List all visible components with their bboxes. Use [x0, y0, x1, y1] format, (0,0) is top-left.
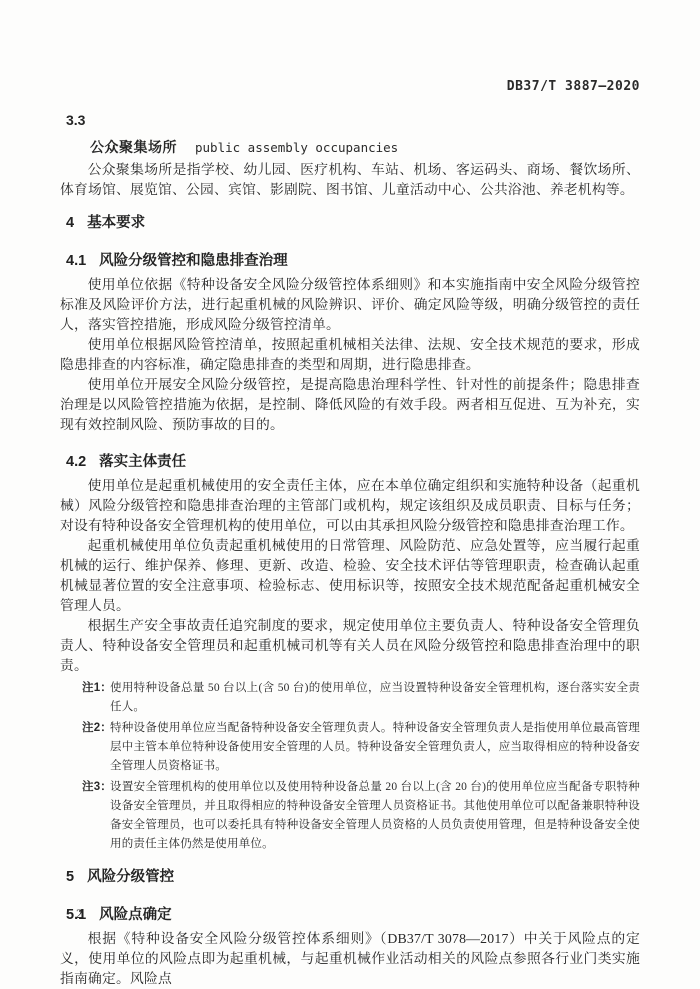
paragraph: 起重机械使用单位负责起重机械使用的日常管理、风险防范、应急处置等，应当履行起重机…: [60, 536, 640, 616]
term-english: public assembly occupancies: [195, 140, 398, 155]
section-title: 风险点确定: [99, 907, 172, 923]
note-item: 注1：使用特种设备总量 50 台以上(含 50 台)的使用单位，应当设置特种设备…: [60, 679, 640, 717]
section-4-2-body: 使用单位是起重机械使用的安全责任主体，应在本单位确定组织和实施特种设备（起重机械…: [60, 476, 640, 676]
section-5-1-body: 根据《特种设备安全风险分级管控体系细则》（DB37/T 3078—2017）中关…: [60, 929, 640, 989]
section-4-1-heading: 4.1风险分级管控和隐患排查治理: [60, 252, 640, 270]
page-number: 2: [76, 906, 83, 922]
note-text: 使用特种设备总量 50 台以上(含 50 台)的使用单位，应当设置特种设备安全管…: [110, 682, 640, 713]
note-label: 注2：: [82, 719, 112, 738]
document-page: DB37/T 3887—2020 3.3 公众聚集场所 public assem…: [0, 0, 700, 989]
term-chinese: 公众聚集场所: [90, 139, 177, 155]
section-4-1-body: 使用单位依据《特种设备安全风险分级管控体系细则》和本实施指南中安全风险分级管控标…: [60, 275, 640, 435]
note-label: 注1：: [82, 679, 112, 698]
section-number: 4.1: [66, 252, 86, 270]
paragraph: 根据生产安全事故责任追究制度的要求，规定使用单位主要负责人、特种设备安全管理负责…: [60, 616, 640, 676]
chapter-title: 基本要求: [87, 215, 145, 231]
section-number: 4.2: [66, 453, 86, 471]
note-text: 设置安全管理机构的使用单位以及使用特种设备总量 20 台以上(含 20 台)的使…: [110, 781, 640, 850]
paragraph: 使用单位开展安全风险分级管控，是提高隐患治理科学性、针对性的前提条件；隐患排查治…: [60, 375, 640, 435]
chapter-4-heading: 4基本要求: [60, 214, 640, 232]
term-heading: 公众聚集场所 public assembly occupancies: [60, 139, 640, 156]
term-clause-number: 3.3: [60, 112, 640, 128]
note-text: 特种设备使用单位应当配备特种设备安全管理负责人。特种设备安全管理负责人是指使用单…: [110, 722, 640, 772]
paragraph: 使用单位依据《特种设备安全风险分级管控体系细则》和本实施指南中安全风险分级管控标…: [60, 275, 640, 335]
note-label: 注3：: [82, 778, 112, 797]
section-title: 风险分级管控和隐患排查治理: [99, 253, 288, 269]
section-title: 落实主体责任: [99, 454, 186, 470]
paragraph: 使用单位根据风险管控清单，按照起重机械相关法律、法规、安全技术规范的要求，形成隐…: [60, 335, 640, 375]
chapter-number: 5: [66, 868, 74, 886]
section-4-2-heading: 4.2落实主体责任: [60, 453, 640, 471]
chapter-number: 4: [66, 214, 74, 232]
note-item: 注3：设置安全管理机构的使用单位以及使用特种设备总量 20 台以上(含 20 台…: [60, 778, 640, 854]
term-definition: 公众聚集场所是指学校、幼儿园、医疗机构、车站、机场、客运码头、商场、餐饮场所、体…: [60, 160, 640, 200]
paragraph: 根据《特种设备安全风险分级管控体系细则》（DB37/T 3078—2017）中关…: [60, 929, 640, 989]
notes-block: 注1：使用特种设备总量 50 台以上(含 50 台)的使用单位，应当设置特种设备…: [60, 679, 640, 854]
section-5-1-heading: 5.1风险点确定: [60, 906, 640, 924]
doc-number-header: DB37/T 3887—2020: [60, 80, 640, 94]
chapter-title: 风险分级管控: [87, 869, 174, 885]
chapter-5-heading: 5风险分级管控: [60, 868, 640, 886]
paragraph: 使用单位是起重机械使用的安全责任主体，应在本单位确定组织和实施特种设备（起重机械…: [60, 476, 640, 536]
note-item: 注2：特种设备使用单位应当配备特种设备安全管理负责人。特种设备安全管理负责人是指…: [60, 719, 640, 776]
